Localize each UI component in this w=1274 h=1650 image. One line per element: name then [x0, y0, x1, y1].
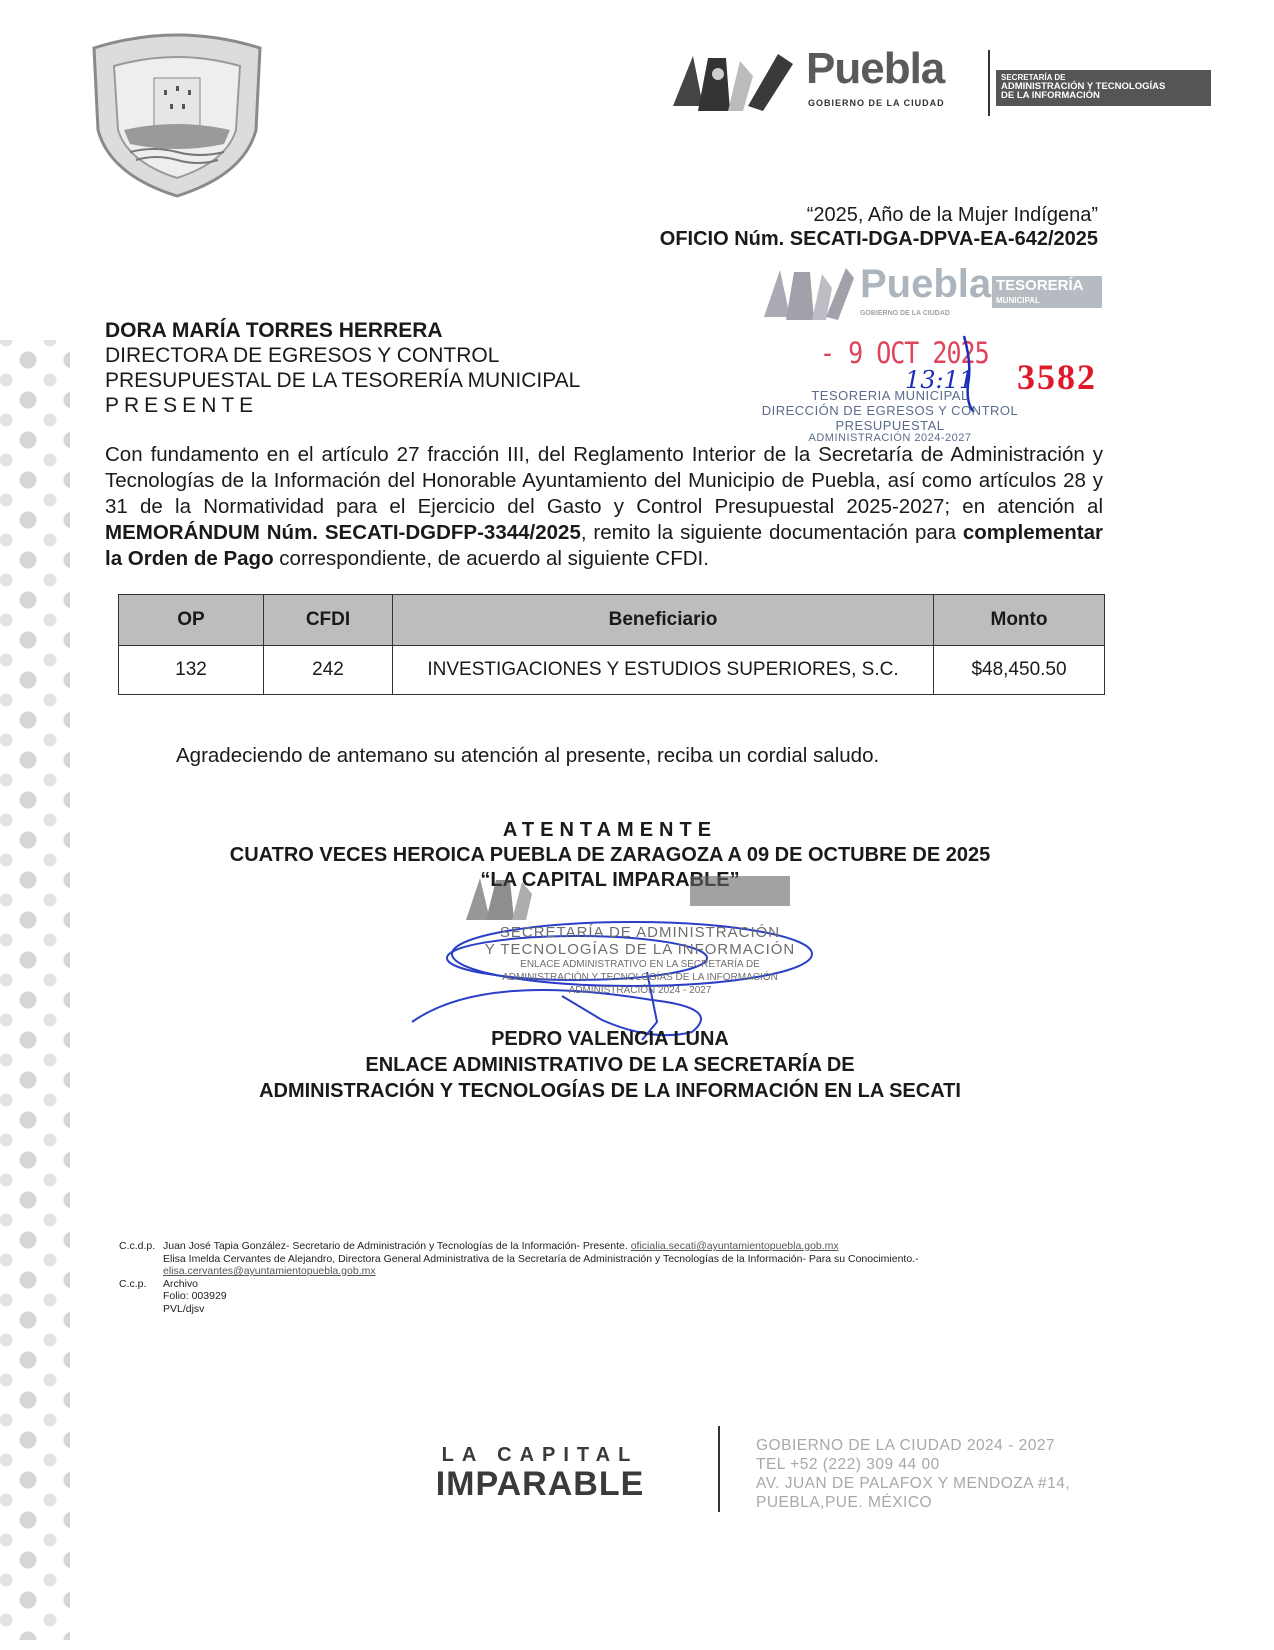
closing-sentence: Agradeciendo de antemano su atención al … [176, 744, 879, 768]
logo-subtitle: GOBIERNO DE LA CIUDAD [808, 98, 945, 108]
footer-phone: TEL +52 (222) 309 44 00 [756, 1455, 1070, 1474]
seal-line4: ADMINISTRACIÓN Y TECNOLOGÍAS DE LA INFOR… [470, 971, 810, 984]
signer-title-line1: ENLACE ADMINISTRATIVO DE LA SECRETARÍA D… [100, 1052, 1120, 1078]
cell-op: 132 [119, 646, 264, 695]
seal-line1: SECRETARÍA DE ADMINISTRACIÓN [470, 924, 810, 941]
author-initials: PVL/djsv [119, 1303, 919, 1316]
tesoreria-logo-subtitle: GOBIERNO DE LA CIUDAD [860, 310, 950, 317]
footer-contact-info: GOBIERNO DE LA CIUDAD 2024 - 2027 TEL +5… [756, 1436, 1070, 1512]
logo-divider [988, 50, 990, 116]
ccdp-recipient1: Juan José Tapia González- Secretario de … [163, 1240, 628, 1252]
stamp-line3: PRESUPUESTAL [740, 418, 1040, 433]
signer-title-line2: ADMINISTRACIÓN Y TECNOLOGÍAS DE LA INFOR… [100, 1078, 1120, 1104]
seal-line5: ADMINISTRACIÓN 2024 - 2027 [470, 984, 810, 997]
footer-divider [718, 1426, 720, 1512]
secretaria-label-box: SECRETARÍA DE ADMINISTRACIÓN Y TECNOLOGÍ… [996, 70, 1211, 106]
recipient-title-line2: PRESUPUESTAL DE LA TESORERÍA MUNICIPAL [105, 368, 580, 393]
place-date: CUATRO VECES HEROICA PUEBLA DE ZARAGOZA … [100, 843, 1120, 868]
tesoreria-stamp-text: TESORERIA MUNICIPAL DIRECCIÓN DE EGRESOS… [740, 388, 1040, 444]
body-text-part3: correspondiente, de acuerdo al siguiente… [274, 547, 709, 570]
tesoreria-subtitle: MUNICIPAL [996, 293, 1098, 308]
capital-imparable-logo: LA CAPITAL IMPARABLE [390, 1444, 690, 1514]
email-link-oficialia[interactable]: oficialia.secati@ayuntamientopuebla.gob.… [631, 1240, 839, 1252]
memo-reference: MEMORÁNDUM Núm. SECATI-DGDFP-3344/2025 [105, 521, 581, 544]
oficio-number: OFICIO Núm. SECATI-DGA-DPVA-EA-642/2025 [660, 228, 1098, 251]
cell-monto: $48,450.50 [934, 646, 1105, 695]
table-row: 132 242 INVESTIGACIONES Y ESTUDIOS SUPER… [119, 646, 1105, 695]
footer-address: AV. JUAN DE PALAFOX Y MENDOZA #14, [756, 1474, 1070, 1493]
ccp-label: C.c.p. [119, 1278, 163, 1291]
recipient-block: DORA MARÍA TORRES HERRERA DIRECTORA DE E… [105, 318, 580, 418]
email-link-elisa[interactable]: elisa.cervantes@ayuntamientopuebla.gob.m… [163, 1265, 376, 1277]
body-paragraph: Con fundamento en el artículo 27 fracció… [105, 442, 1103, 572]
puebla-emblem-icon [668, 46, 798, 116]
logo-wordmark: Puebla [806, 44, 944, 94]
tesoreria-title: TESORERÍA [996, 277, 1084, 294]
column-header-cfdi: CFDI [264, 595, 393, 646]
ccp-archivo: Archivo [163, 1278, 198, 1290]
seal-line2: Y TECNOLOGÍAS DE LA INFORMACIÓN [470, 941, 810, 958]
footer-city: PUEBLA,PUE. MÉXICO [756, 1493, 1070, 1512]
tesoreria-stamp-logo: Puebla TESORERÍA MUNICIPAL GOBIERNO DE L… [760, 262, 1100, 332]
footer-logo-bottom: IMPARABLE [390, 1467, 690, 1501]
column-header-monto: Monto [934, 595, 1105, 646]
signer-block: PEDRO VALENCIA LUNA ENLACE ADMINISTRATIV… [100, 1026, 1120, 1104]
year-motto: “2025, Año de la Mujer Indígena” [807, 204, 1098, 227]
footer-gov-period: GOBIERNO DE LA CIUDAD 2024 - 2027 [756, 1436, 1070, 1455]
body-text-part2: , remito la siguiente documentación para [581, 521, 963, 544]
tesoreria-logo-word: Puebla [860, 262, 991, 307]
cfdi-table: OP CFDI Beneficiario Monto 132 242 INVES… [118, 594, 1105, 695]
logo-box-line3: DE LA INFORMACIÓN [1001, 91, 1211, 100]
folio-number: Folio: 003929 [119, 1290, 919, 1303]
column-header-beneficiario: Beneficiario [393, 595, 934, 646]
recipient-title-line1: DIRECTORA DE EGRESOS Y CONTROL [105, 343, 580, 368]
decorative-side-pattern [0, 340, 70, 1640]
cell-cfdi: 242 [264, 646, 393, 695]
stamp-line2: DIRECCIÓN DE EGRESOS Y CONTROL [740, 403, 1040, 418]
cell-beneficiario: INVESTIGACIONES Y ESTUDIOS SUPERIORES, S… [393, 646, 934, 695]
seal-line3: ENLACE ADMINISTRATIVO EN LA SECRETARÍA D… [470, 958, 810, 971]
puebla-secati-logo: Puebla GOBIERNO DE LA CIUDAD SECRETARÍA … [668, 42, 1218, 122]
puebla-emblem-icon [760, 262, 856, 322]
table-header-row: OP CFDI Beneficiario Monto [119, 595, 1105, 646]
column-header-op: OP [119, 595, 264, 646]
tesoreria-label-box: TESORERÍA MUNICIPAL [992, 276, 1102, 308]
coat-of-arms-seal-icon [84, 30, 270, 200]
signer-name: PEDRO VALENCIA LUNA [100, 1026, 1120, 1052]
secati-seal-text: SECRETARÍA DE ADMINISTRACIÓN Y TECNOLOGÍ… [470, 924, 810, 997]
copies-block: C.c.d.p.Juan José Tapia González- Secret… [119, 1240, 919, 1315]
recipient-name: DORA MARÍA TORRES HERRERA [105, 318, 580, 343]
atentamente: ATENTAMENTE [100, 818, 1120, 843]
ccdp-label: C.c.d.p. [119, 1240, 163, 1253]
footer-logo-top: LA CAPITAL [390, 1444, 690, 1467]
body-text-part1: Con fundamento en el artículo 27 fracció… [105, 443, 1103, 518]
ccdp-recipient2: Elisa Imelda Cervantes de Alejandro, Dir… [119, 1253, 919, 1266]
recipient-salutation: PRESENTE [105, 393, 580, 418]
stamp-line1: TESORERIA MUNICIPAL [740, 388, 1040, 403]
